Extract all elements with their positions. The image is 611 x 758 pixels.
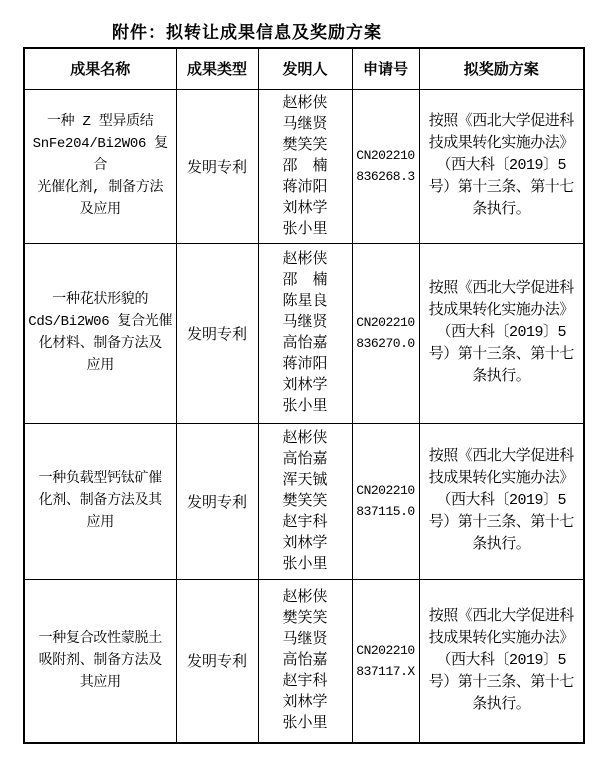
table-row: 一种花状形貌的 CdS/Bi2W06 复合光催 化材料、制备方法及 应用 发明专… <box>24 243 584 423</box>
achievement-type-cell: 发明专利 <box>176 243 258 423</box>
achievement-name-cell: 一种复合改性蒙脱土 吸附剂、制备方法及 其应用 <box>24 579 176 743</box>
attachment-title: 附件：拟转让成果信息及奖励方案 <box>112 18 382 43</box>
achievement-type-cell: 发明专利 <box>176 89 258 243</box>
col-header-achievement-name: 成果名称 <box>24 48 176 89</box>
achievement-name-cell: 一种负载型钙钛矿催 化剂、制备方法及其 应用 <box>24 423 176 579</box>
inventors-cell: 赵彬侠 邵 楠 陈星良 马继贤 高怡嘉 蒋沛阳 刘林学 张小里 <box>258 243 352 423</box>
table-header-row: 成果名称 成果类型 发明人 申请号 拟奖励方案 <box>24 48 584 89</box>
application-number-cell: CN202210 837117.X <box>352 579 419 743</box>
reward-plan-cell: 按照《西北大学促进科 技成果转化实施办法》 （西大科〔2019〕5 号）第十三条… <box>419 423 584 579</box>
inventors-cell: 赵彬侠 马继贤 樊笑笑 邵 楠 蒋沛阳 刘林学 张小里 <box>258 89 352 243</box>
table-row: 一种复合改性蒙脱土 吸附剂、制备方法及 其应用 发明专利 赵彬侠 樊笑笑 马继贤… <box>24 579 584 743</box>
document-page: 附件：拟转让成果信息及奖励方案 成果名称 成果类型 发明人 申请号 拟奖励方案 … <box>0 0 611 758</box>
application-number-cell: CN202210 836270.0 <box>352 243 419 423</box>
table-row: 一种负载型钙钛矿催 化剂、制备方法及其 应用 发明专利 赵彬侠 高怡嘉 浑天铖 … <box>24 423 584 579</box>
inventors-cell: 赵彬侠 樊笑笑 马继贤 高怡嘉 赵宇科 刘林学 张小里 <box>258 579 352 743</box>
achievement-name-cell: 一种花状形貌的 CdS/Bi2W06 复合光催 化材料、制备方法及 应用 <box>24 243 176 423</box>
application-number-cell: CN202210 837115.0 <box>352 423 419 579</box>
reward-plan-cell: 按照《西北大学促进科 技成果转化实施办法》 （西大科〔2019〕5 号）第十三条… <box>419 243 584 423</box>
achievements-table: 成果名称 成果类型 发明人 申请号 拟奖励方案 一种 Z 型异质结 SnFe20… <box>23 47 585 744</box>
reward-plan-cell: 按照《西北大学促进科 技成果转化实施办法》 （西大科〔2019〕5 号）第十三条… <box>419 89 584 243</box>
col-header-application-number: 申请号 <box>352 48 419 89</box>
application-number-cell: CN202210 836268.3 <box>352 89 419 243</box>
col-header-inventors: 发明人 <box>258 48 352 89</box>
achievement-type-cell: 发明专利 <box>176 423 258 579</box>
achievement-name-cell: 一种 Z 型异质结 SnFe204/Bi2W06 复合 光催化剂, 制备方法 及… <box>24 89 176 243</box>
col-header-reward-plan: 拟奖励方案 <box>419 48 584 89</box>
reward-plan-cell: 按照《西北大学促进科 技成果转化实施办法》 （西大科〔2019〕5 号）第十三条… <box>419 579 584 743</box>
col-header-achievement-type: 成果类型 <box>176 48 258 89</box>
achievement-type-cell: 发明专利 <box>176 579 258 743</box>
inventors-cell: 赵彬侠 高怡嘉 浑天铖 樊笑笑 赵宇科 刘林学 张小里 <box>258 423 352 579</box>
table-row: 一种 Z 型异质结 SnFe204/Bi2W06 复合 光催化剂, 制备方法 及… <box>24 89 584 243</box>
